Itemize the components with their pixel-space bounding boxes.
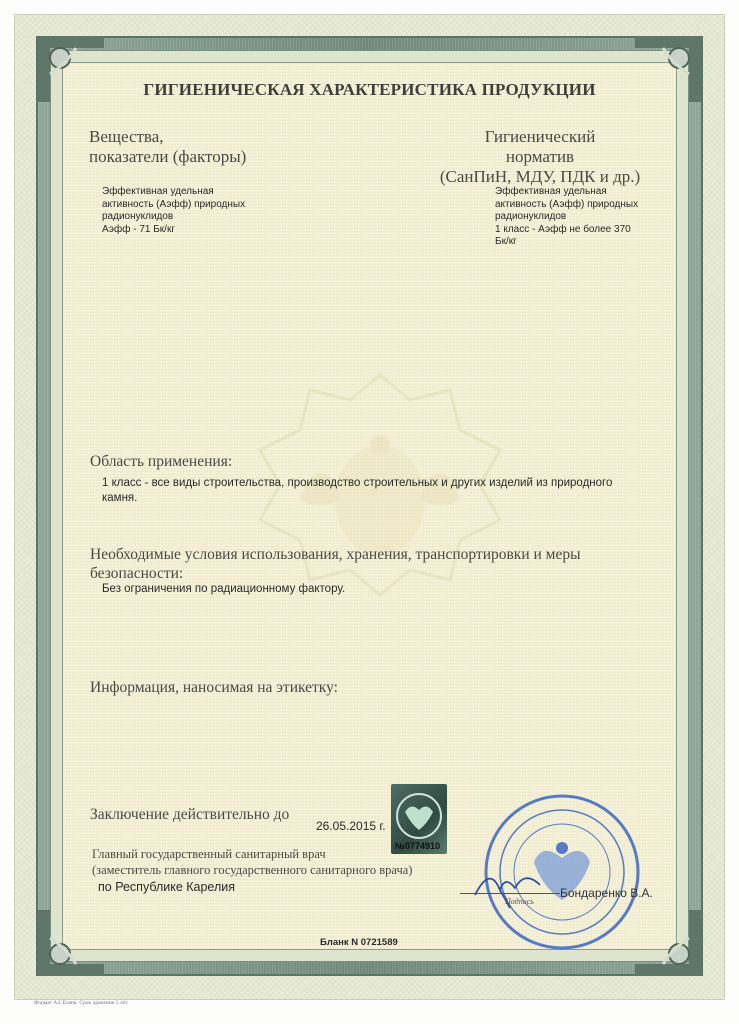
chief-doctor-title: Главный государственный санитарный врач … bbox=[92, 846, 412, 878]
value-line: Эффективная удельная bbox=[495, 186, 638, 199]
validity-label: Заключение действительно до bbox=[90, 806, 289, 824]
heading-line: (СанПиН, МДУ, ПДК и др.) bbox=[420, 167, 660, 187]
value-line: Аэфф - 71 Бк/кг bbox=[102, 224, 245, 237]
certificate-page: ГИГИЕНИЧЕСКАЯ ХАРАКТЕРИСТИКА ПРОДУКЦИИ В… bbox=[0, 0, 739, 1024]
standard-activity-value: Эффективная удельная активность (Аэфф) п… bbox=[495, 186, 638, 249]
value-line: активность (Аэфф) природных bbox=[102, 199, 245, 212]
format-footer: Формат А4. Бланк. Срок хранения 5 лет. bbox=[34, 1000, 128, 1006]
value-line: активность (Аэфф) природных bbox=[495, 199, 638, 212]
application-label: Область применения: bbox=[90, 452, 232, 471]
value-line: 1 класс - Аэфф не более 370 bbox=[495, 224, 638, 237]
conditions-label: Необходимые условия использования, хране… bbox=[90, 545, 581, 583]
text-line: камня. bbox=[102, 491, 612, 506]
ornament-corner-icon bbox=[36, 908, 106, 978]
title-line: (заместитель главного государственного с… bbox=[92, 862, 412, 878]
label-line: Необходимые условия использования, хране… bbox=[90, 545, 581, 564]
heading-line: норматив bbox=[420, 147, 660, 167]
heading-line: Вещества, bbox=[89, 127, 246, 147]
signature-caption: Подпись bbox=[505, 897, 534, 906]
value-line: Бк/кг bbox=[495, 236, 638, 249]
measured-activity-value: Эффективная удельная активность (Аэфф) п… bbox=[102, 186, 245, 236]
title-line: Главный государственный санитарный врач bbox=[92, 846, 412, 862]
region-text: по Республике Карелия bbox=[98, 880, 235, 894]
value-line: радионуклидов bbox=[495, 211, 638, 224]
label-info-label: Информация, наносимая на этикетку: bbox=[90, 678, 338, 697]
hygienic-standard-heading: Гигиенический норматив (СанПиН, МДУ, ПДК… bbox=[420, 127, 660, 187]
substances-heading: Вещества, показатели (факторы) bbox=[89, 127, 246, 167]
blank-number: Бланк N 0721589 bbox=[320, 937, 398, 948]
validity-date: 26.05.2015 г. bbox=[316, 819, 386, 833]
value-line: Эффективная удельная bbox=[102, 186, 245, 199]
conditions-text: Без ограничения по радиационному фактору… bbox=[102, 582, 345, 597]
text-line: 1 класс - все виды строительства, произв… bbox=[102, 476, 612, 491]
ornament-corner-icon bbox=[633, 908, 703, 978]
label-line: безопасности: bbox=[90, 564, 581, 583]
value-line: радионуклидов bbox=[102, 211, 245, 224]
heading-line: показатели (факторы) bbox=[89, 147, 246, 167]
signatory-name: Бондаренко В.А. bbox=[560, 886, 653, 900]
heading-line: Гигиенический bbox=[420, 127, 660, 147]
document-title: ГИГИЕНИЧЕСКАЯ ХАРАКТЕРИСТИКА ПРОДУКЦИИ bbox=[0, 80, 739, 100]
application-text: 1 класс - все виды строительства, произв… bbox=[102, 476, 612, 506]
